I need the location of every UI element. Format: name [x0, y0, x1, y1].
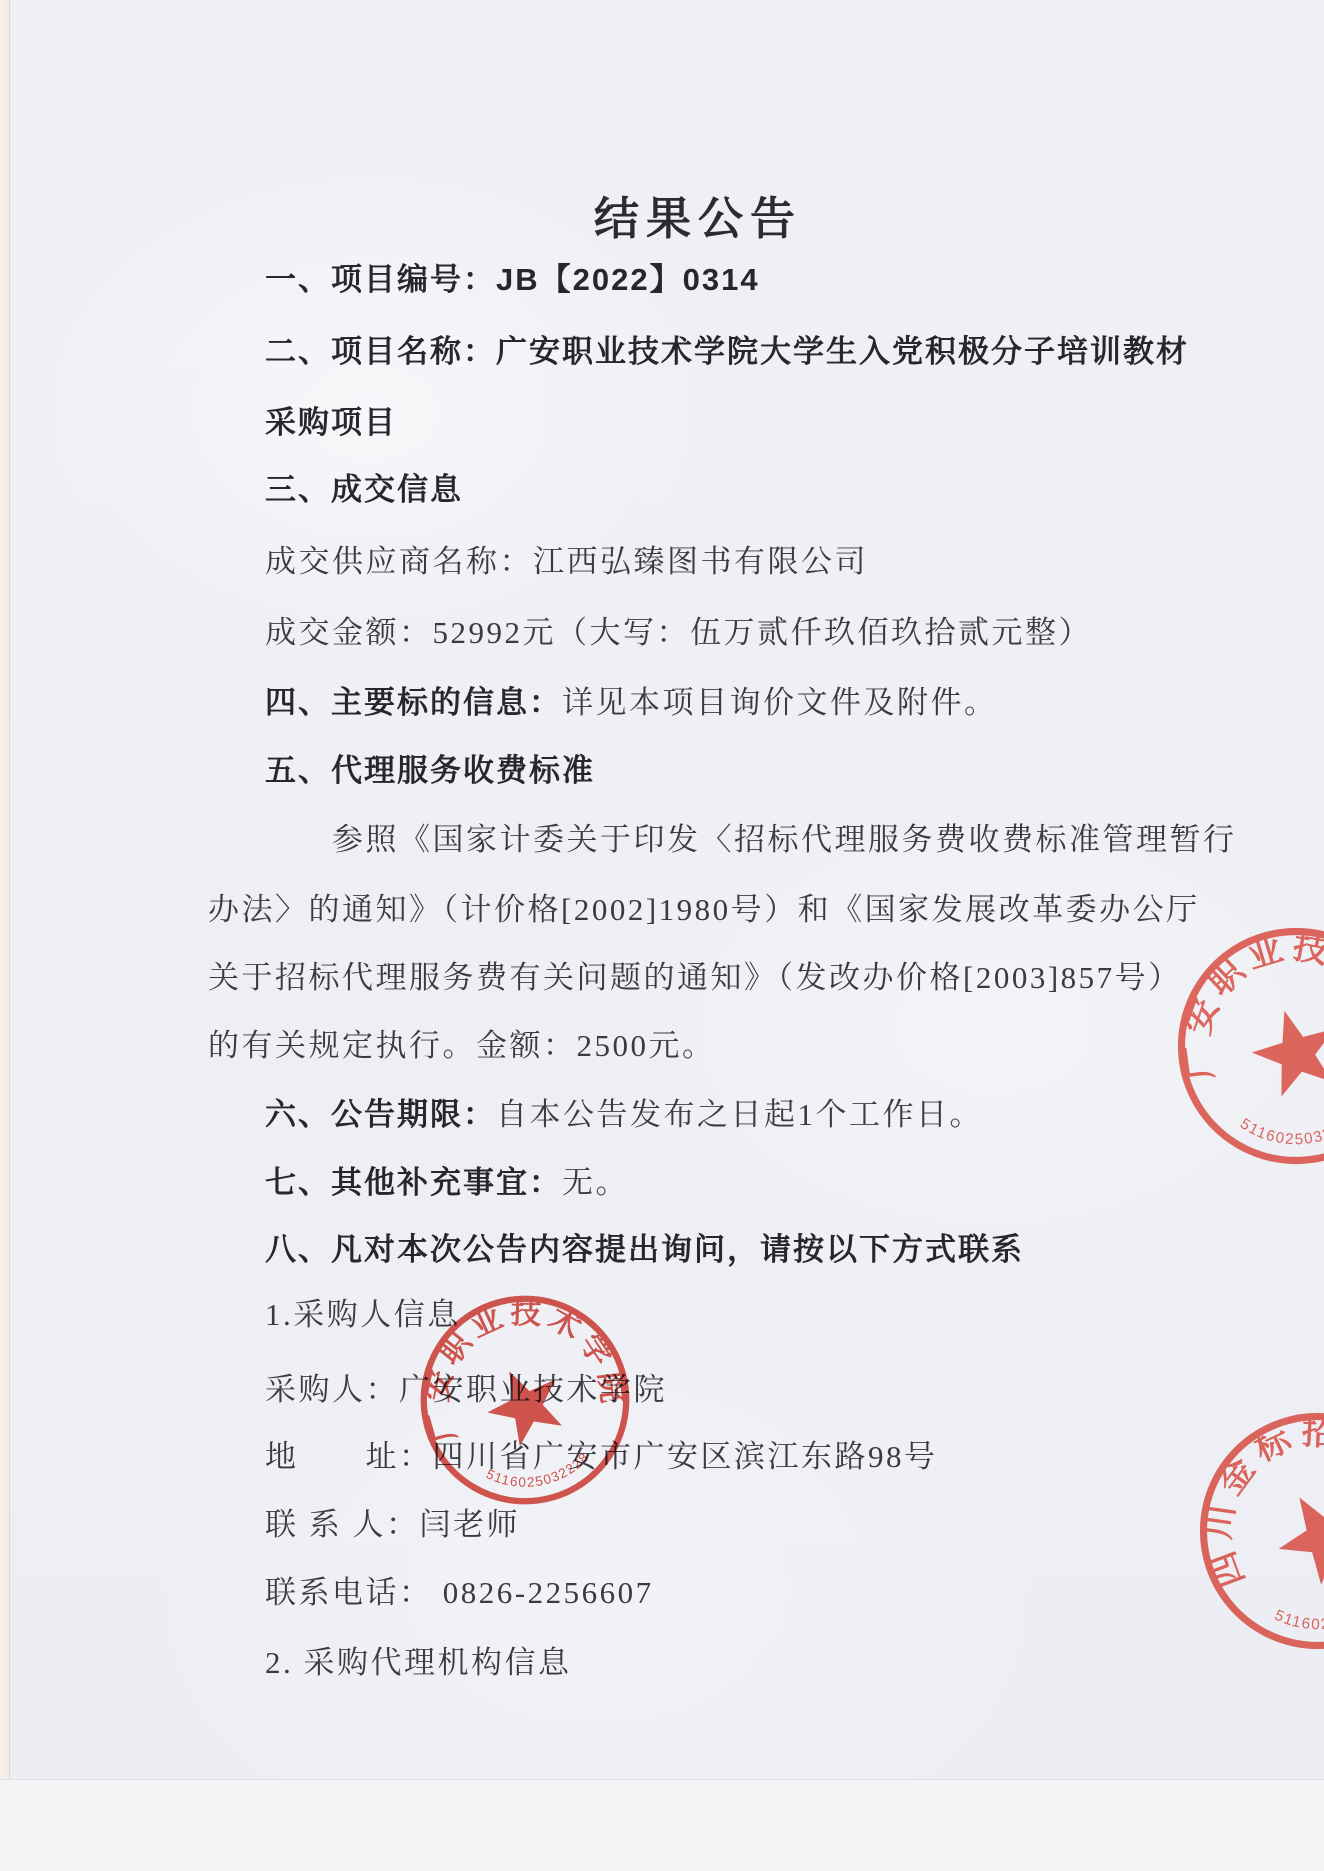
agency-seal-graphic: 四川金标招标代 5116025 [1144, 1357, 1324, 1705]
section-1-label: 一、项目编号： [265, 262, 496, 297]
section-7-label: 七、其他补充事宜： [265, 1165, 562, 1200]
section-7-value: 无。 [562, 1165, 629, 1200]
agency-info-heading: 2. 采购代理机构信息 [265, 1641, 572, 1685]
fee-paragraph-line-3: 关于招标代理服务费有关问题的通知》（发改办价格[2003]857号） [208, 956, 1182, 1000]
agency-official-seal: 四川金标招标代 5116025 [1144, 1357, 1324, 1705]
amount-line: 成交金额：52992元（大写：伍万贰仟玖佰玖拾贰元整） [265, 611, 1092, 655]
project-number-value: JB【2022】0314 [496, 262, 760, 297]
fee-paragraph-line-4: 的有关规定执行。金额：2500元。 [208, 1024, 716, 1068]
section-2-project-name: 二、项目名称：广安职业技术学院大学生入党积极分子培训教材 [265, 330, 1189, 374]
star-icon [475, 1355, 575, 1453]
star-icon [1261, 1474, 1324, 1594]
project-name-value: 广安职业技术学院大学生入党积极分子培训教材 [496, 334, 1189, 369]
section-4-value: 详见本项目询价文件及附件。 [562, 685, 998, 720]
section-3-heading: 三、成交信息 [265, 468, 463, 512]
section-6-value: 自本公告发布之日起1个工作日。 [496, 1097, 983, 1132]
section-4-subject-info: 四、主要标的信息：详见本项目询价文件及附件。 [265, 681, 998, 725]
buyer-phone-line: 联系电话： 0826-2256607 [265, 1571, 654, 1615]
section-5-heading: 五、代理服务收费标准 [265, 749, 595, 793]
section-4-label: 四、主要标的信息： [265, 685, 562, 720]
seal-ring [1174, 1387, 1324, 1676]
section-6-notice-period: 六、公告期限：自本公告发布之日起1个工作日。 [265, 1093, 983, 1137]
fee-paragraph-line-1: 参照《国家计委关于印发〈招标代理服务费收费标准管理暂行 [332, 818, 1237, 862]
page-title: 结果公告 [594, 182, 802, 247]
buyer-seal-right-graphic: 广安职业技术学院 5116025032228 [1144, 894, 1324, 1197]
section-8-heading: 八、凡对本次公告内容提出询问，请按以下方式联系 [265, 1228, 1024, 1272]
section-7-other-matters: 七、其他补充事宜：无。 [265, 1161, 629, 1205]
scanned-announcement-page: 结果公告 一、项目编号：JB【2022】0314 二、项目名称：广安职业技术学院… [0, 0, 1324, 1871]
seal-arc-text: 广安职业技术学院 [397, 1271, 636, 1456]
seal-serial-number: 5116025032228 [481, 1442, 596, 1502]
section-1-project-number: 一、项目编号：JB【2022】0314 [265, 258, 760, 302]
star-icon [1243, 999, 1324, 1101]
section-6-label: 六、公告期限： [265, 1097, 496, 1132]
supplier-line: 成交供应商名称：江西弘臻图书有限公司 [265, 540, 868, 584]
section-2-project-name-cont: 采购项目 [265, 401, 397, 445]
scan-edge-artifact-bottom [0, 1779, 1324, 1871]
seal-arc-text: 四川金标招标代 [1169, 1380, 1324, 1592]
section-2-label: 二、项目名称： [265, 334, 496, 369]
buyer-official-seal-right-edge: 广安职业技术学院 5116025032228 [1144, 894, 1324, 1197]
fee-paragraph-line-2: 办法〉的通知》（计价格[2002]1980号）和《国家发展改革委办公厅 [208, 888, 1200, 932]
scan-edge-artifact-left [0, 0, 10, 1871]
